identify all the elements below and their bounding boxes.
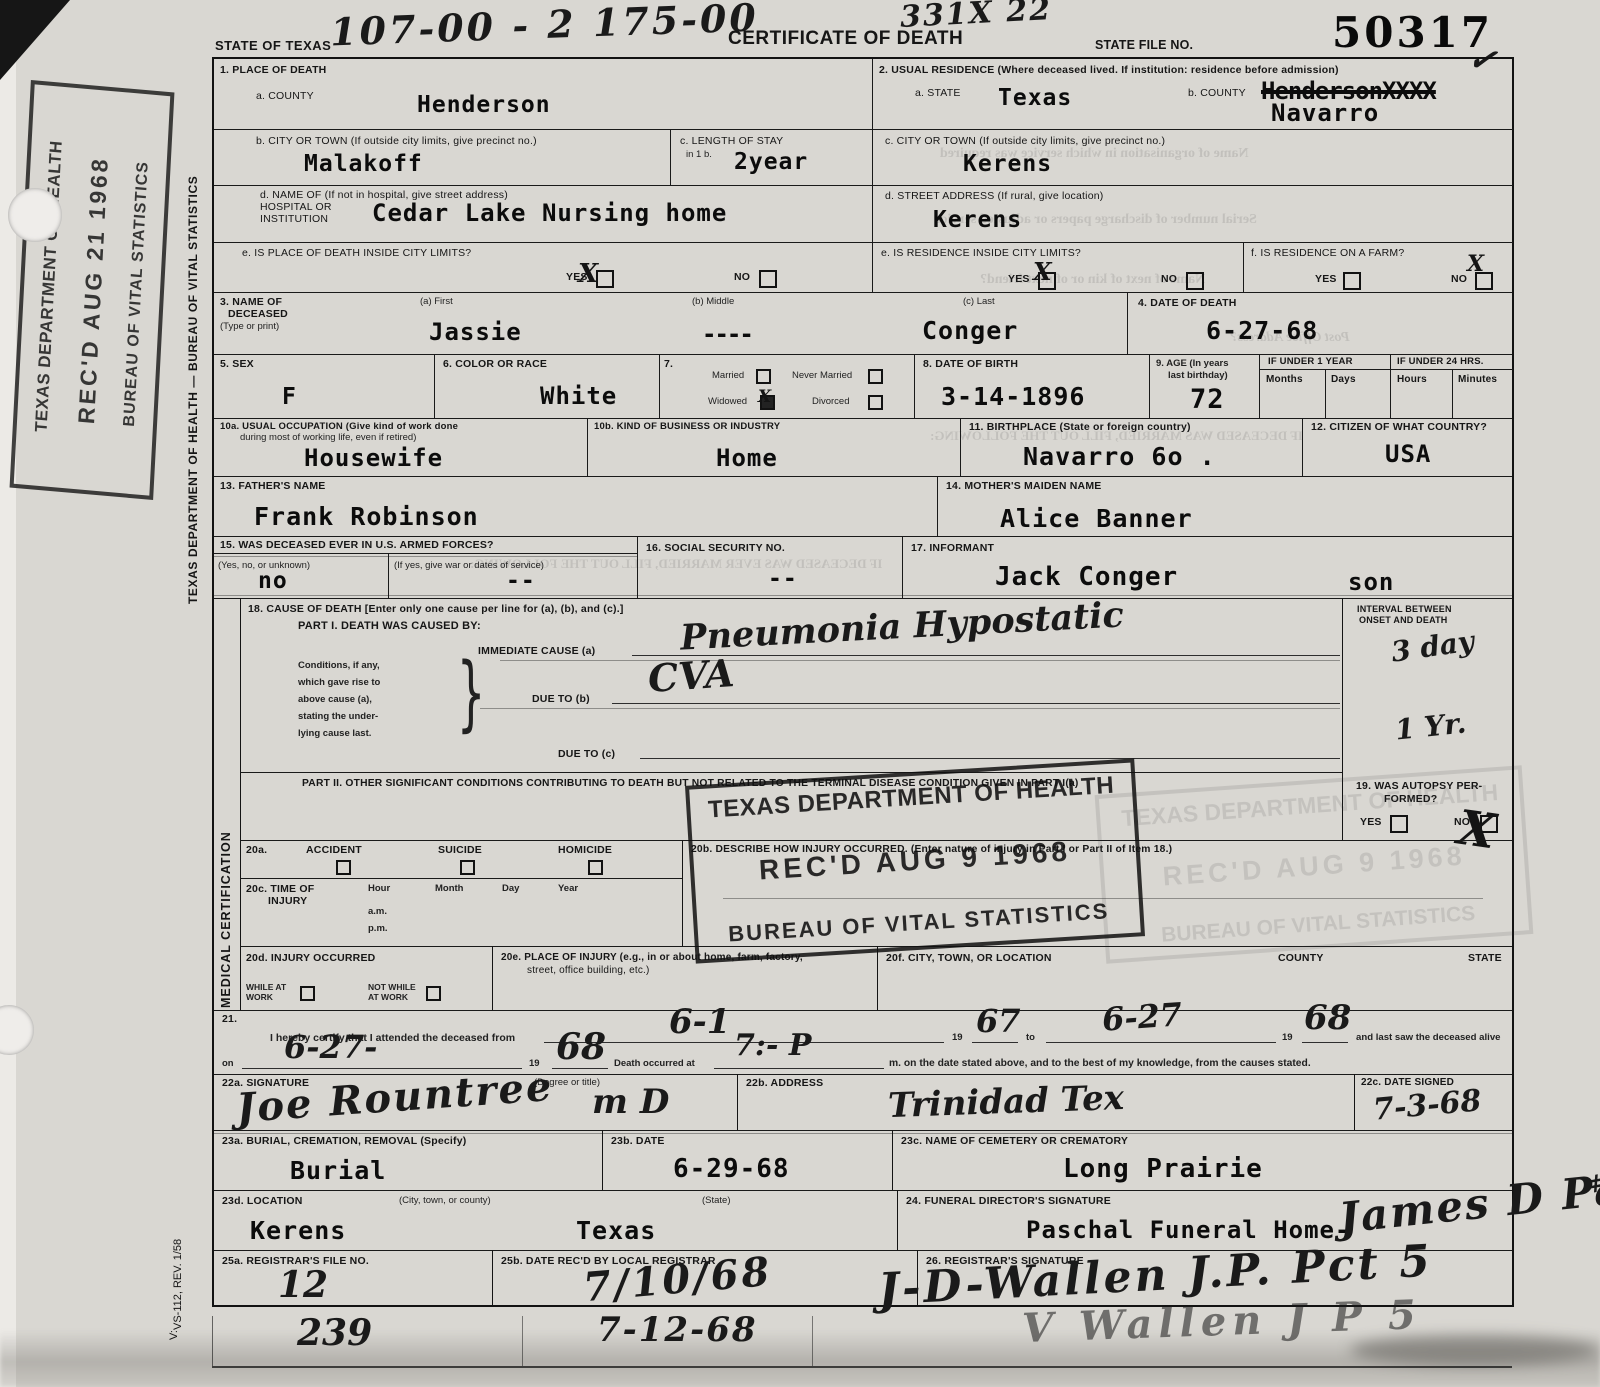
section-cause-of-death: 18. CAUSE OF DEATH [Enter only one cause…: [240, 598, 1342, 772]
injury-state-label: STATE: [1468, 952, 1502, 964]
from-date-handwritten: 6-1: [669, 1002, 730, 1042]
location-city-value: Kerens: [250, 1216, 346, 1245]
length-of-stay-sub: in 1 b.: [686, 149, 712, 160]
burial-date-label: 23b. DATE: [611, 1135, 665, 1147]
residence-state-label: a. STATE: [915, 87, 961, 99]
conditions-note-2: which gave rise to: [298, 677, 380, 688]
stamp-line: REC'D AUG 21 1968: [73, 155, 114, 425]
dob-value: 3-14-1896: [941, 382, 1085, 411]
hour-label: Hour: [368, 883, 390, 894]
not-while-checkbox: [426, 986, 441, 1001]
not-while-label2: AT WORK: [368, 992, 408, 1002]
date-signed-handwritten: 7-3-68: [1372, 1083, 1483, 1127]
am-label: a.m.: [368, 906, 387, 917]
usual-residence-title: 2. USUAL RESIDENCE (Where deceased lived…: [879, 64, 1339, 76]
divorced-label: Divorced: [812, 396, 850, 407]
month-label: Month: [435, 883, 464, 894]
section-sex: 5. SEX F: [214, 354, 434, 418]
writing-line-c: [640, 701, 1340, 759]
divorced-checkbox: [868, 395, 883, 410]
section-birthplace: 11. BIRTHPLACE (State or foreign country…: [960, 418, 1303, 476]
section-under-1-year: IF UNDER 1 YEAR Months Days: [1259, 354, 1391, 418]
certify-text-2: and last saw the deceased alive: [1356, 1032, 1506, 1043]
medical-certification-strip: MEDICAL CERTIFICATION: [214, 598, 241, 1010]
next-file-no-handwritten: 239: [297, 1312, 372, 1354]
bottom-partial-row: 239 7-12-68 V Wallen J P 5: [212, 1316, 1512, 1368]
divider: [873, 242, 1513, 243]
yes-label: YES: [1008, 273, 1030, 285]
residence-county-label: b. COUNTY: [1188, 87, 1246, 99]
conditions-note-1: Conditions, if any,: [298, 660, 380, 671]
residence-city-value: Kerens: [963, 151, 1052, 177]
conditions-note-3: above cause (a),: [298, 694, 372, 705]
length-of-stay-label: c. LENGTH OF STAY: [680, 135, 783, 147]
section-23d: 23d. LOCATION (City, town, or county) Ke…: [214, 1190, 897, 1250]
section-usual-residence: 2. USUAL RESIDENCE (Where deceased lived…: [872, 59, 1513, 292]
while-at-work-label: WHILE AT: [246, 982, 286, 992]
divider: [214, 553, 637, 554]
race-label: 6. COLOR OR RACE: [443, 358, 547, 370]
year-label: Year: [558, 883, 578, 894]
injury-county-label: COUNTY: [1278, 952, 1324, 964]
next-date-handwritten: 7-12-68: [597, 1310, 758, 1350]
conditions-note-4: stating the under-: [298, 711, 378, 722]
place-of-death-title: 1. PLACE OF DEATH: [220, 64, 326, 76]
age-label: 9. AGE (In years: [1156, 358, 1229, 369]
section-ssn: 16. SOCIAL SECURITY NO. --: [637, 536, 903, 598]
section-23a: 23a. BURIAL, CREMATION, REMOVAL (Specify…: [214, 1130, 602, 1190]
interval-a-handwritten: 3 day: [1389, 624, 1476, 668]
county-value: Henderson: [417, 92, 551, 118]
cemetery-label: 23c. NAME OF CEMETERY OR CREMATORY: [901, 1135, 1128, 1147]
burial-date-value: 6-29-68: [673, 1154, 790, 1184]
hours-label: Hours: [1397, 374, 1427, 385]
on-date-handwritten: 6-27-: [284, 1028, 377, 1066]
injury-occurred-label: 20d. INJURY OCCURRED: [246, 952, 375, 964]
accident-label: ACCIDENT: [306, 844, 362, 856]
location-state-sub: (State): [702, 1195, 731, 1206]
institution-value: Cedar Lake Nursing home: [372, 199, 727, 227]
day-label: Day: [502, 883, 519, 894]
year1-handwritten: 67: [976, 1002, 1021, 1040]
divider-echo: [214, 595, 1512, 596]
residence-county-value: Navarro: [1271, 99, 1379, 127]
marital-label: 7.: [664, 358, 673, 370]
no-label: NO: [1451, 273, 1467, 285]
date-of-death-label: 4. DATE OF DEATH: [1138, 297, 1236, 309]
section-race: 6. COLOR OR RACE White: [434, 354, 660, 418]
to-label: to: [1026, 1032, 1035, 1043]
widowed-label: Widowed: [708, 396, 747, 407]
birthplace-label: 11. BIRTHPLACE (State or foreign country…: [969, 421, 1191, 433]
business-value: Home: [716, 444, 778, 472]
cemetery-value: Long Prairie: [1063, 1154, 1263, 1184]
location-city-sub: (City, town, or county): [399, 1195, 491, 1206]
divider: [212, 1316, 213, 1366]
stamp-line: TEXAS DEPARTMENT OF HEALTH: [31, 140, 66, 433]
father-name-label: 13. FATHER'S NAME: [220, 480, 325, 492]
name-title: 3. NAME OF: [220, 296, 282, 308]
received-stamp-aug9: TEXAS DEPARTMENT OF HEALTH REC'D AUG 9 1…: [685, 758, 1145, 963]
widowed-x-mark: X: [758, 387, 771, 407]
place-of-injury-label2: street, office building, etc.): [527, 965, 650, 976]
divider: [214, 129, 872, 130]
mother-name-value: Alice Banner: [1000, 504, 1193, 533]
divider: [214, 242, 872, 243]
section-20a: 20a. ACCIDENT SUICIDE HOMICIDE: [240, 840, 682, 878]
section-22b: 22b. ADDRESS Trinidad Tex: [737, 1074, 1355, 1130]
certify-number: 21.: [222, 1013, 237, 1025]
armed-forces-label: 15. WAS DECEASED EVER IN U.S. ARMED FORC…: [220, 539, 494, 551]
year3-handwritten: 68: [556, 1026, 606, 1068]
no-checkbox: [759, 270, 777, 288]
under-24-hrs-header: IF UNDER 24 HRS.: [1397, 356, 1484, 367]
section-22a: 22a. SIGNATURE (Degree or title) Joe Rou…: [214, 1074, 737, 1130]
hole-punch: [8, 188, 62, 242]
institution-label2: HOSPITAL OR: [260, 201, 332, 213]
divider: [873, 129, 1513, 130]
burial-value: Burial: [290, 1156, 386, 1185]
death-certificate-scan: Name of organisation in which service wa…: [0, 0, 1600, 1387]
form-border: 1. PLACE OF DEATH a. COUNTY Henderson b.…: [212, 57, 1514, 1307]
age-value: 72: [1190, 384, 1225, 415]
received-stamp-ghost: TEXAS DEPARTMENT OF HEALTH REC'D AUG 9 1…: [1095, 765, 1534, 963]
pm-label: p.m.: [368, 923, 388, 934]
yes-x-mark: X: [1033, 257, 1052, 286]
citizen-value: USA: [1385, 440, 1431, 468]
informant-label: 17. INFORMANT: [911, 542, 994, 554]
interval-b-handwritten: 1 Yr.: [1393, 706, 1467, 746]
funeral-home-typed: Paschal Funeral Home-: [1026, 1216, 1350, 1244]
left-margin-caption: TEXAS DEPARTMENT OF HEALTH — BUREAU OF V…: [186, 70, 200, 710]
section-date-of-birth: 8. DATE OF BIRTH 3-14-1896: [914, 354, 1150, 418]
suicide-checkbox: [460, 860, 475, 875]
section-date-of-death: 4. DATE OF DEATH 6-27-68: [1127, 292, 1513, 354]
while-at-work-checkbox: [300, 986, 315, 1001]
section-22c: 22c. DATE SIGNED 7-3-68: [1354, 1074, 1513, 1130]
section-armed-forces: 15. WAS DECEASED EVER IN U.S. ARMED FORC…: [214, 536, 637, 598]
yes-checkbox: [1343, 272, 1361, 290]
middle-name-label: (b) Middle: [692, 296, 734, 307]
divider: [522, 1316, 523, 1366]
residence-state-value: Texas: [998, 85, 1072, 111]
dob-label: 8. DATE OF BIRTH: [923, 358, 1018, 370]
section-25a: 25a. REGISTRAR'S FILE NO. 12: [214, 1250, 492, 1305]
county-label: a. COUNTY: [256, 90, 314, 102]
name-title3: (Type or print): [220, 321, 279, 332]
sex-value: F: [282, 384, 297, 410]
name-title2: DECEASED: [228, 308, 288, 320]
length-of-stay-value: 2year: [734, 149, 808, 175]
informant-value: Jack Conger: [995, 562, 1178, 592]
section-23c: 23c. NAME OF CEMETERY OR CREMATORY Long …: [892, 1130, 1513, 1190]
divider: [873, 185, 1513, 186]
funeral-director-label: 24. FUNERAL DIRECTOR'S SIGNATURE: [906, 1195, 1111, 1207]
divider: [1243, 242, 1244, 292]
yes-x-mark: X: [578, 259, 598, 289]
section-20c: 20c. TIME OF INJURY Hour Month Day Year …: [240, 878, 682, 946]
section-26: 26. REGISTRAR'S SIGNATURE J-D-Wallen J.P…: [917, 1250, 1513, 1305]
occupation-value: Housewife: [304, 444, 443, 472]
mother-name-label: 14. MOTHER'S MAIDEN NAME: [946, 480, 1101, 492]
cause-of-death-title: 18. CAUSE OF DEATH [Enter only one cause…: [248, 603, 624, 615]
divider: [812, 1316, 813, 1366]
section-occupation: 10a. USUAL OCCUPATION (Give kind of work…: [214, 418, 587, 476]
year-prefix-1: 19: [952, 1032, 963, 1043]
divider: [1325, 369, 1326, 418]
death-occurred-label: Death occurred at: [614, 1058, 695, 1069]
section-marital-status: 7. Married Never Married Widowed X Divor…: [659, 354, 915, 418]
first-name-value: Jassie: [429, 318, 522, 346]
no-checkbox: [1186, 272, 1204, 290]
stamp-line: REC'D AUG 9 1968: [1104, 836, 1525, 896]
city-limits-label: e. IS PLACE OF DEATH INSIDE CITY LIMITS?: [242, 247, 471, 259]
divider: [388, 553, 389, 598]
due-to-c-label: DUE TO (c): [558, 748, 615, 760]
received-stamp-aug21: TEXAS DEPARTMENT OF HEALTH REC'D AUG 21 …: [10, 80, 175, 500]
ssn-label: 16. SOCIAL SECURITY NO.: [646, 542, 785, 554]
accident-checkbox: [336, 860, 351, 875]
city-value: Malakoff: [304, 151, 423, 177]
hole-punch: [0, 1005, 34, 1055]
business-label: 10b. KIND OF BUSINESS OR INDUSTRY: [594, 421, 780, 432]
divider-echo: [214, 556, 637, 557]
never-married-checkbox: [868, 369, 883, 384]
suicide-label: SUICIDE: [438, 844, 482, 856]
location-state-value: Texas: [576, 1216, 656, 1245]
certify-text-3: m. on the date stated above, and to the …: [889, 1058, 1311, 1069]
year-prefix-2: 19: [1282, 1032, 1293, 1043]
part1-label: PART I. DEATH WAS CAUSED BY:: [298, 620, 481, 632]
age-label2: last birthday): [1168, 370, 1228, 381]
citizen-label: 12. CITIZEN OF WHAT COUNTRY?: [1311, 421, 1487, 433]
year2-handwritten: 68: [1304, 998, 1351, 1038]
divider: [1452, 369, 1453, 418]
section-25b: 25b. DATE REC'D BY LOCAL REGISTRAR 7/10/…: [492, 1250, 918, 1305]
time-handwritten: 7:- P: [734, 1028, 811, 1063]
section-mother-name: 14. MOTHER'S MAIDEN NAME Alice Banner: [937, 476, 1513, 536]
physician-signature: Joe Rountree: [235, 1063, 555, 1132]
institution-label3: INSTITUTION: [260, 213, 328, 225]
no-label: NO: [1161, 273, 1177, 285]
married-label: Married: [712, 370, 744, 381]
occupation-label2: during most of working life, even if ret…: [240, 432, 416, 443]
armed-forces-value1: no: [258, 568, 288, 594]
interval-label: INTERVAL BETWEEN: [1357, 604, 1452, 614]
city-label: b. CITY OR TOWN (If outside city limits,…: [256, 135, 537, 147]
due-to-b-label: DUE TO (b): [532, 693, 590, 705]
minutes-label: Minutes: [1458, 374, 1497, 385]
conditions-brace: }: [457, 646, 486, 741]
occupation-label: 10a. USUAL OCCUPATION (Give kind of work…: [220, 421, 458, 432]
stamp-line: BUREAU OF VITAL STATISTICS: [120, 160, 152, 427]
homicide-checkbox: [588, 860, 603, 875]
ssn-value: --: [768, 566, 798, 592]
informant-relation: son: [1348, 568, 1394, 596]
last-name-label: (c) Last: [963, 296, 995, 307]
armed-forces-value2: --: [506, 568, 536, 594]
days-label: Days: [1331, 374, 1356, 385]
street-address-label: d. STREET ADDRESS (If rural, give locati…: [885, 190, 1103, 202]
no-label: NO: [734, 271, 750, 283]
state-of-texas-label: STATE OF TEXAS: [215, 38, 331, 53]
yes-checkbox: [596, 270, 614, 288]
birthplace-value: Navarro 6o .: [1023, 442, 1216, 471]
homicide-label: HOMICIDE: [558, 844, 612, 856]
address-handwritten: Trinidad Tex: [887, 1078, 1124, 1126]
injury-city-label: 20f. CITY, TOWN, OR LOCATION: [886, 952, 1052, 964]
medical-certification-caption: MEDICAL CERTIFICATION: [219, 748, 233, 1008]
section-business: 10b. KIND OF BUSINESS OR INDUSTRY Home: [587, 418, 961, 476]
state-file-no-label: STATE FILE NO.: [1095, 38, 1193, 52]
conditions-note-5: lying cause last.: [298, 728, 371, 739]
never-married-label: Never Married: [792, 370, 852, 381]
residence-city-label: c. CITY OR TOWN (If outside city limits,…: [885, 135, 1165, 147]
sex-label: 5. SEX: [220, 358, 254, 370]
not-while-label: NOT WHILE: [368, 982, 416, 992]
address-label: 22b. ADDRESS: [746, 1077, 823, 1089]
time-of-injury-label2: INJURY: [268, 895, 307, 907]
yes-label: YES: [1315, 273, 1337, 285]
divider: [670, 129, 671, 185]
certificate-title: CERTIFICATE OF DEATH: [728, 28, 963, 50]
section-age: 9. AGE (In years last birthday) 72: [1149, 354, 1260, 418]
section-20d: 20d. INJURY OCCURRED WHILE AT WORK NOT W…: [240, 946, 492, 1010]
stamp-line: REC'D AUG 9 1968: [693, 832, 1136, 891]
form-code-partial: V:: [168, 1300, 180, 1340]
accident-group-label: 20a.: [246, 844, 267, 856]
while-at-work-label2: WORK: [246, 992, 273, 1002]
time-of-injury-label: 20c. TIME OF: [246, 883, 314, 895]
section-place-of-death: 1. PLACE OF DEATH a. COUNTY Henderson b.…: [214, 59, 872, 292]
physician-degree-handwritten: m D: [592, 1082, 669, 1122]
section-name-of-deceased: 3. NAME OF DECEASED (Type or print) (a) …: [214, 292, 1127, 354]
under-1-year-header: IF UNDER 1 YEAR: [1268, 356, 1353, 367]
married-checkbox: [756, 369, 771, 384]
race-value: White: [540, 382, 617, 410]
scan-corner-shadow: [0, 0, 70, 80]
months-label: Months: [1266, 374, 1303, 385]
divider: [214, 185, 872, 186]
street-address-value: Kerens: [933, 207, 1022, 233]
section-under-24-hrs: IF UNDER 24 HRS. Hours Minutes: [1390, 354, 1513, 418]
location-label: 23d. LOCATION: [222, 1195, 303, 1207]
no-x-mark: X: [1467, 251, 1484, 277]
last-name-value: Conger: [922, 316, 1018, 345]
section-citizen: 12. CITIZEN OF WHAT COUNTRY? USA: [1302, 418, 1513, 476]
father-name-value: Frank Robinson: [254, 502, 479, 531]
farm-label: f. IS RESIDENCE ON A FARM?: [1251, 247, 1404, 259]
middle-name-value: ----: [702, 320, 752, 348]
date-of-death-value: 6-27-68: [1206, 316, 1318, 345]
registrar-file-handwritten: 12: [278, 1264, 328, 1306]
on-label: on: [222, 1058, 234, 1069]
section-21-certify: 21. I hereby certify that I attended the…: [214, 1010, 1512, 1074]
due-to-b-handwritten: CVA: [647, 650, 736, 701]
first-name-label: (a) First: [420, 296, 453, 307]
section-23b: 23b. DATE 6-29-68: [602, 1130, 893, 1190]
to-date-handwritten: 6-27: [1101, 995, 1184, 1038]
section-father-name: 13. FATHER'S NAME Frank Robinson: [214, 476, 937, 536]
file-code-handwritten: 107-00 - 2 175-00: [329, 0, 759, 54]
section-informant: 17. INFORMANT Jack Conger son: [902, 536, 1513, 598]
burial-label: 23a. BURIAL, CREMATION, REMOVAL (Specify…: [222, 1135, 466, 1147]
interval-label2: ONSET AND DEATH: [1359, 615, 1448, 625]
immediate-cause-label: IMMEDIATE CAUSE (a): [478, 645, 595, 657]
